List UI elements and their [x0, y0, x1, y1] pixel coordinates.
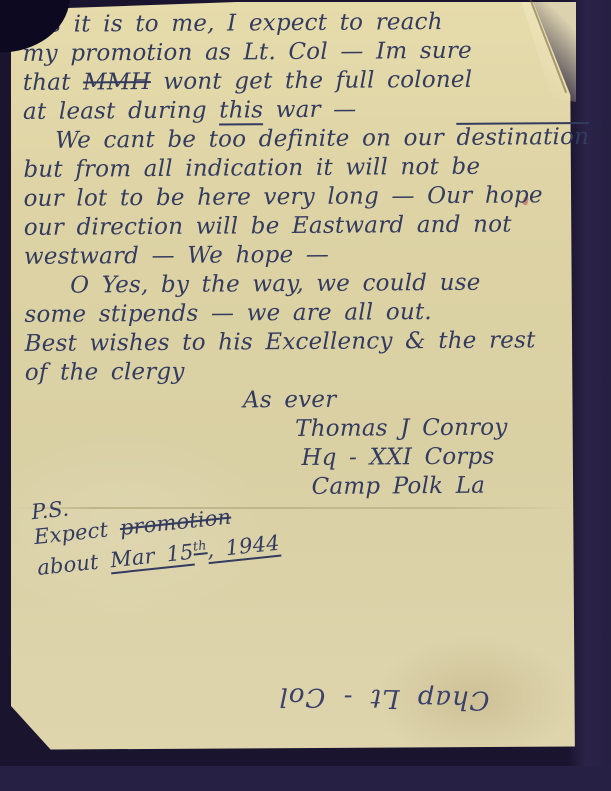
- letter-line: Thomas J Conroy: [295, 414, 573, 445]
- scanner-background-band: [0, 766, 611, 791]
- letter-text-segment: Hq - XXI Corps: [301, 444, 494, 471]
- letter-line: O Yes, by the way, we could use: [24, 269, 572, 302]
- letter-line: but from all indication it will not be: [23, 153, 571, 186]
- letter-line: our lot to be here very long — Our hope: [24, 182, 572, 215]
- letter-text-segment: th: [192, 537, 207, 555]
- letter-line: Best wishes to his Excellency & the rest: [25, 327, 573, 360]
- letter-text-segment: that: [23, 69, 84, 95]
- letter-line: Hq - XXI Corps: [301, 443, 573, 474]
- letter-line: As ever: [243, 385, 573, 416]
- scanned-letter-page: { "colors": { "background": "#1a142e", "…: [0, 0, 611, 791]
- letter-text-segment: MMH: [83, 69, 151, 95]
- letter-line: westward — We hope —: [24, 240, 572, 273]
- upside-down-annotation: Chap Lt - Col: [257, 650, 511, 746]
- letter-text-segment: our lot to be here very long — Our hope: [24, 182, 543, 212]
- letter-text-segment: our direction will be Eastward and not: [24, 212, 512, 241]
- upside-down-annotation-text: Chap Lt - Col: [278, 681, 489, 715]
- letter-line: of the clergy: [25, 356, 573, 389]
- letter-text-segment: destination: [456, 124, 589, 151]
- letter-text-segment: O Yes, by the way, we could use: [70, 270, 480, 299]
- letter-text-segment: We cant be too definite on our: [55, 125, 456, 154]
- letter-line: some stipends — we are all out.: [24, 298, 572, 331]
- letter-line: my promotion as Lt. Col — Im sure: [22, 37, 570, 70]
- letter-body-text: As it is to me, I expect to reachmy prom…: [22, 8, 573, 505]
- letter-text-segment: As it is to me, I expect to reach: [32, 9, 442, 38]
- letter-text-segment: As ever: [243, 387, 337, 414]
- letter-text-segment: but from all indication it will not be: [23, 154, 480, 183]
- letter-line: at least during this war —: [23, 95, 571, 128]
- letter-text-segment: Camp Polk La: [312, 473, 486, 500]
- letter-text-segment: wont get the full colonel: [151, 67, 473, 95]
- letter-text-segment: this: [219, 97, 263, 125]
- letter-text-segment: at least during: [23, 98, 219, 125]
- letter-text-segment: war —: [263, 97, 356, 124]
- letter-text-segment: of the clergy: [25, 359, 185, 386]
- letter-text-segment: Thomas J Conroy: [295, 415, 507, 442]
- letter-text-segment: westward — We hope —: [24, 242, 329, 270]
- letter-line: We cant be too definite on our destinati…: [23, 124, 571, 157]
- letter-line: As it is to me, I expect to reach: [22, 8, 570, 41]
- letter-text-segment: some stipends — we are all out.: [24, 299, 432, 328]
- letter-text-segment: Best wishes to his Excellency & the rest: [25, 327, 536, 357]
- letter-line: our direction will be Eastward and not: [24, 211, 572, 244]
- letter-text-segment: my promotion as Lt. Col — Im sure: [22, 38, 471, 67]
- letter-line: Camp Polk La: [312, 472, 574, 503]
- letter-line: that MMH wont get the full colonel: [23, 66, 571, 99]
- letter-text-segment: P.S.: [30, 496, 70, 524]
